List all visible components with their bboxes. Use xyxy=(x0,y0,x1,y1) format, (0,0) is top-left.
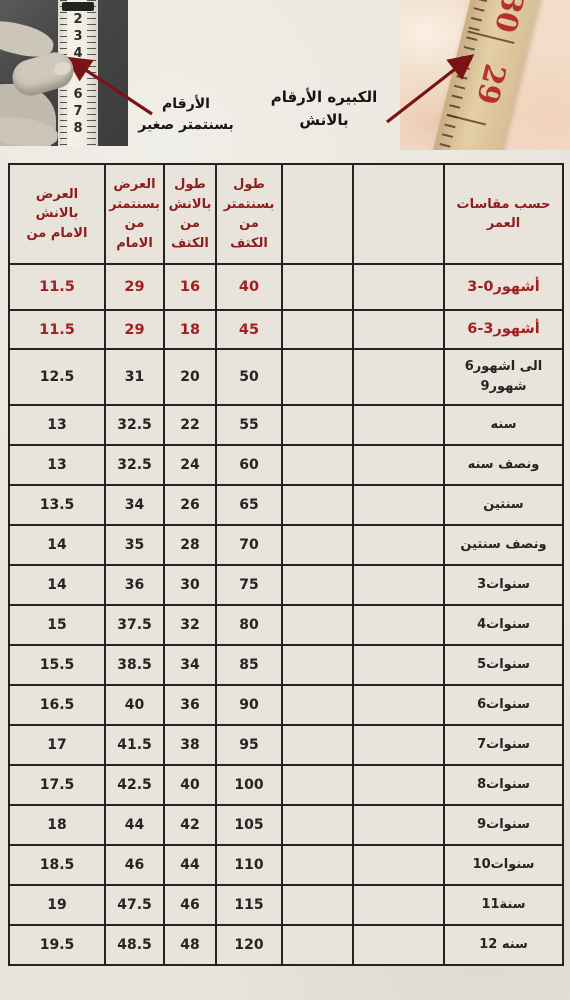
age-cell: 8سنوات xyxy=(444,765,563,805)
empty-cell xyxy=(282,645,353,685)
length-cm-cell: 50 xyxy=(216,349,282,405)
empty-cell xyxy=(353,765,444,805)
empty-cell xyxy=(353,405,444,445)
width-inches-cell: 17 xyxy=(9,725,105,765)
empty-cell xyxy=(353,525,444,565)
length-inches-cell: 36 xyxy=(164,685,216,725)
empty-cell xyxy=(353,685,444,725)
header-length-cm: طولبسنتمترمن الكتف xyxy=(216,164,282,264)
width-inches-cell: 17.5 xyxy=(9,765,105,805)
empty-cell xyxy=(353,349,444,405)
width-inches-cell: 13 xyxy=(9,405,105,445)
length-inches-cell: 46 xyxy=(164,885,216,925)
width-cm-cell: 40 xyxy=(105,685,164,725)
header-width-cm: العرضبسنتمترمنالامام xyxy=(105,164,164,264)
empty-cell xyxy=(282,805,353,845)
empty-cell xyxy=(353,485,444,525)
empty-cell xyxy=(353,605,444,645)
empty-cell xyxy=(353,925,444,965)
length-cm-cell: 55 xyxy=(216,405,282,445)
age-cell: 6-3أشهور xyxy=(444,310,563,349)
length-cm-cell: 100 xyxy=(216,765,282,805)
width-cm-cell: 37.5 xyxy=(105,605,164,645)
length-inches-cell: 30 xyxy=(164,565,216,605)
width-inches-cell: 11.5 xyxy=(9,264,105,310)
length-inches-cell: 44 xyxy=(164,845,216,885)
empty-cell xyxy=(282,405,353,445)
table-row: 12.53120506اشهور الى9شهور xyxy=(9,349,563,405)
length-inches-cell: 24 xyxy=(164,445,216,485)
age-cell: سنه ونصف xyxy=(444,445,563,485)
length-inches-cell: 42 xyxy=(164,805,216,845)
empty-cell xyxy=(282,925,353,965)
table-row: 11.52918456-3أشهور xyxy=(9,310,563,349)
header-empty xyxy=(282,164,353,264)
empty-cell xyxy=(282,765,353,805)
age-cell: 3سنوات xyxy=(444,565,563,605)
age-cell: 3-0أشهور xyxy=(444,264,563,310)
length-cm-cell: 90 xyxy=(216,685,282,725)
age-cell: 9سنوات xyxy=(444,805,563,845)
width-inches-cell: 14 xyxy=(9,565,105,605)
table-row: 11.52916403-0أشهور xyxy=(9,264,563,310)
width-inches-cell: 13 xyxy=(9,445,105,485)
length-cm-cell: 110 xyxy=(216,845,282,885)
tape-number: 8 xyxy=(73,122,82,135)
table-row: 143630753سنوات xyxy=(9,565,563,605)
empty-cell xyxy=(282,725,353,765)
table-row: 1844421059سنوات xyxy=(9,805,563,845)
width-cm-cell: 48.5 xyxy=(105,925,164,965)
length-inches-cell: 38 xyxy=(164,725,216,765)
length-cm-cell: 75 xyxy=(216,565,282,605)
width-cm-cell: 34 xyxy=(105,485,164,525)
header-age: مقاسات حسبالعمر xyxy=(444,164,563,264)
width-inches-cell: 19.5 xyxy=(9,925,105,965)
table-row: 1537.532804سنوات xyxy=(9,605,563,645)
width-cm-cell: 44 xyxy=(105,805,164,845)
age-cell: سنتين ونصف xyxy=(444,525,563,565)
length-cm-cell: 45 xyxy=(216,310,282,349)
empty-cell xyxy=(353,264,444,310)
empty-cell xyxy=(353,885,444,925)
width-inches-cell: 11.5 xyxy=(9,310,105,349)
width-inches-cell: 16.5 xyxy=(9,685,105,725)
empty-cell xyxy=(282,485,353,525)
length-inches-cell: 28 xyxy=(164,525,216,565)
width-cm-cell: 38.5 xyxy=(105,645,164,685)
age-cell: 5سنوات xyxy=(444,645,563,685)
length-cm-cell: 120 xyxy=(216,925,282,965)
width-cm-cell: 35 xyxy=(105,525,164,565)
table-row: 14352870سنتين ونصف xyxy=(9,525,563,565)
length-cm-cell: 95 xyxy=(216,725,282,765)
size-table-body: 11.52916403-0أشهور11.52918456-3أشهور12.5… xyxy=(9,264,563,965)
length-inches-cell: 18 xyxy=(164,310,216,349)
width-cm-cell: 29 xyxy=(105,310,164,349)
empty-cell xyxy=(353,645,444,685)
empty-cell xyxy=(353,805,444,845)
page: { "colors":{ "accent_red":"#8e1d1d", "ro… xyxy=(0,0,570,1000)
big-numbers-label: الأرقام الكبيرهبالانش xyxy=(254,86,394,131)
table-row: 1332.52255سنه xyxy=(9,405,563,445)
empty-cell xyxy=(282,349,353,405)
table-row: 19.548.54812012 سنه xyxy=(9,925,563,965)
width-cm-cell: 32.5 xyxy=(105,445,164,485)
empty-cell xyxy=(282,605,353,645)
length-cm-cell: 40 xyxy=(216,264,282,310)
width-inches-cell: 14 xyxy=(9,525,105,565)
age-cell: 12 سنه xyxy=(444,925,563,965)
empty-cell xyxy=(282,264,353,310)
empty-cell xyxy=(282,445,353,485)
empty-cell xyxy=(282,525,353,565)
header-length-inches: طولبالانشمنالكتف xyxy=(164,164,216,264)
age-cell: 11سنة xyxy=(444,885,563,925)
header-row: العرضبالانشمن الامام العرضبسنتمترمنالاما… xyxy=(9,164,563,264)
width-inches-cell: 18.5 xyxy=(9,845,105,885)
age-cell: 4سنوات xyxy=(444,605,563,645)
empty-cell xyxy=(353,725,444,765)
table-row: 1332.52460سنه ونصف xyxy=(9,445,563,485)
width-inches-cell: 12.5 xyxy=(9,349,105,405)
length-cm-cell: 80 xyxy=(216,605,282,645)
width-cm-cell: 29 xyxy=(105,264,164,310)
table-row: 13.5342665سنتين xyxy=(9,485,563,525)
width-cm-cell: 42.5 xyxy=(105,765,164,805)
age-cell: سنه xyxy=(444,405,563,445)
empty-cell xyxy=(353,845,444,885)
width-cm-cell: 32.5 xyxy=(105,405,164,445)
header-empty xyxy=(353,164,444,264)
width-inches-cell: 15 xyxy=(9,605,105,645)
tape-number: 2 xyxy=(73,13,82,26)
length-inches-cell: 16 xyxy=(164,264,216,310)
width-inches-cell: 15.5 xyxy=(9,645,105,685)
empty-cell xyxy=(353,310,444,349)
width-cm-cell: 46 xyxy=(105,845,164,885)
width-cm-cell: 47.5 xyxy=(105,885,164,925)
empty-cell xyxy=(282,885,353,925)
size-chart-table: العرضبالانشمن الامام العرضبسنتمترمنالاما… xyxy=(8,163,564,966)
empty-cell xyxy=(282,565,353,605)
length-cm-cell: 115 xyxy=(216,885,282,925)
tape-number: 30 xyxy=(490,0,528,35)
empty-cell xyxy=(353,565,444,605)
age-cell: 7سنوات xyxy=(444,725,563,765)
length-inches-cell: 34 xyxy=(164,645,216,685)
empty-cell xyxy=(282,685,353,725)
table-row: 16.54036906سنوات xyxy=(9,685,563,725)
length-cm-cell: 105 xyxy=(216,805,282,845)
table-row: 15.538.534855سنوات xyxy=(9,645,563,685)
tape-number: 3 xyxy=(73,30,82,43)
length-cm-cell: 60 xyxy=(216,445,282,485)
empty-cell xyxy=(353,445,444,485)
empty-cell xyxy=(282,845,353,885)
width-cm-cell: 31 xyxy=(105,349,164,405)
table-row: 18.5464411010سنوات xyxy=(9,845,563,885)
length-inches-cell: 20 xyxy=(164,349,216,405)
table-row: 1947.54611511سنة xyxy=(9,885,563,925)
header-width-inches: العرضبالانشمن الامام xyxy=(9,164,105,264)
length-inches-cell: 48 xyxy=(164,925,216,965)
age-cell: 6اشهور الى9شهور xyxy=(444,349,563,405)
width-inches-cell: 19 xyxy=(9,885,105,925)
length-cm-cell: 70 xyxy=(216,525,282,565)
length-cm-cell: 65 xyxy=(216,485,282,525)
empty-cell xyxy=(282,310,353,349)
annotation-arrow-big-numbers xyxy=(380,48,480,130)
length-inches-cell: 40 xyxy=(164,765,216,805)
length-inches-cell: 32 xyxy=(164,605,216,645)
table-row: 1741.538957سنوات xyxy=(9,725,563,765)
age-cell: سنتين xyxy=(444,485,563,525)
length-inches-cell: 22 xyxy=(164,405,216,445)
annotation-arrow-small-numbers xyxy=(62,52,157,122)
age-cell: 10سنوات xyxy=(444,845,563,885)
age-cell: 6سنوات xyxy=(444,685,563,725)
tape-metal-tip xyxy=(62,2,94,11)
length-cm-cell: 85 xyxy=(216,645,282,685)
width-inches-cell: 18 xyxy=(9,805,105,845)
width-cm-cell: 41.5 xyxy=(105,725,164,765)
width-cm-cell: 36 xyxy=(105,565,164,605)
table-row: 17.542.5401008سنوات xyxy=(9,765,563,805)
width-inches-cell: 13.5 xyxy=(9,485,105,525)
length-inches-cell: 26 xyxy=(164,485,216,525)
